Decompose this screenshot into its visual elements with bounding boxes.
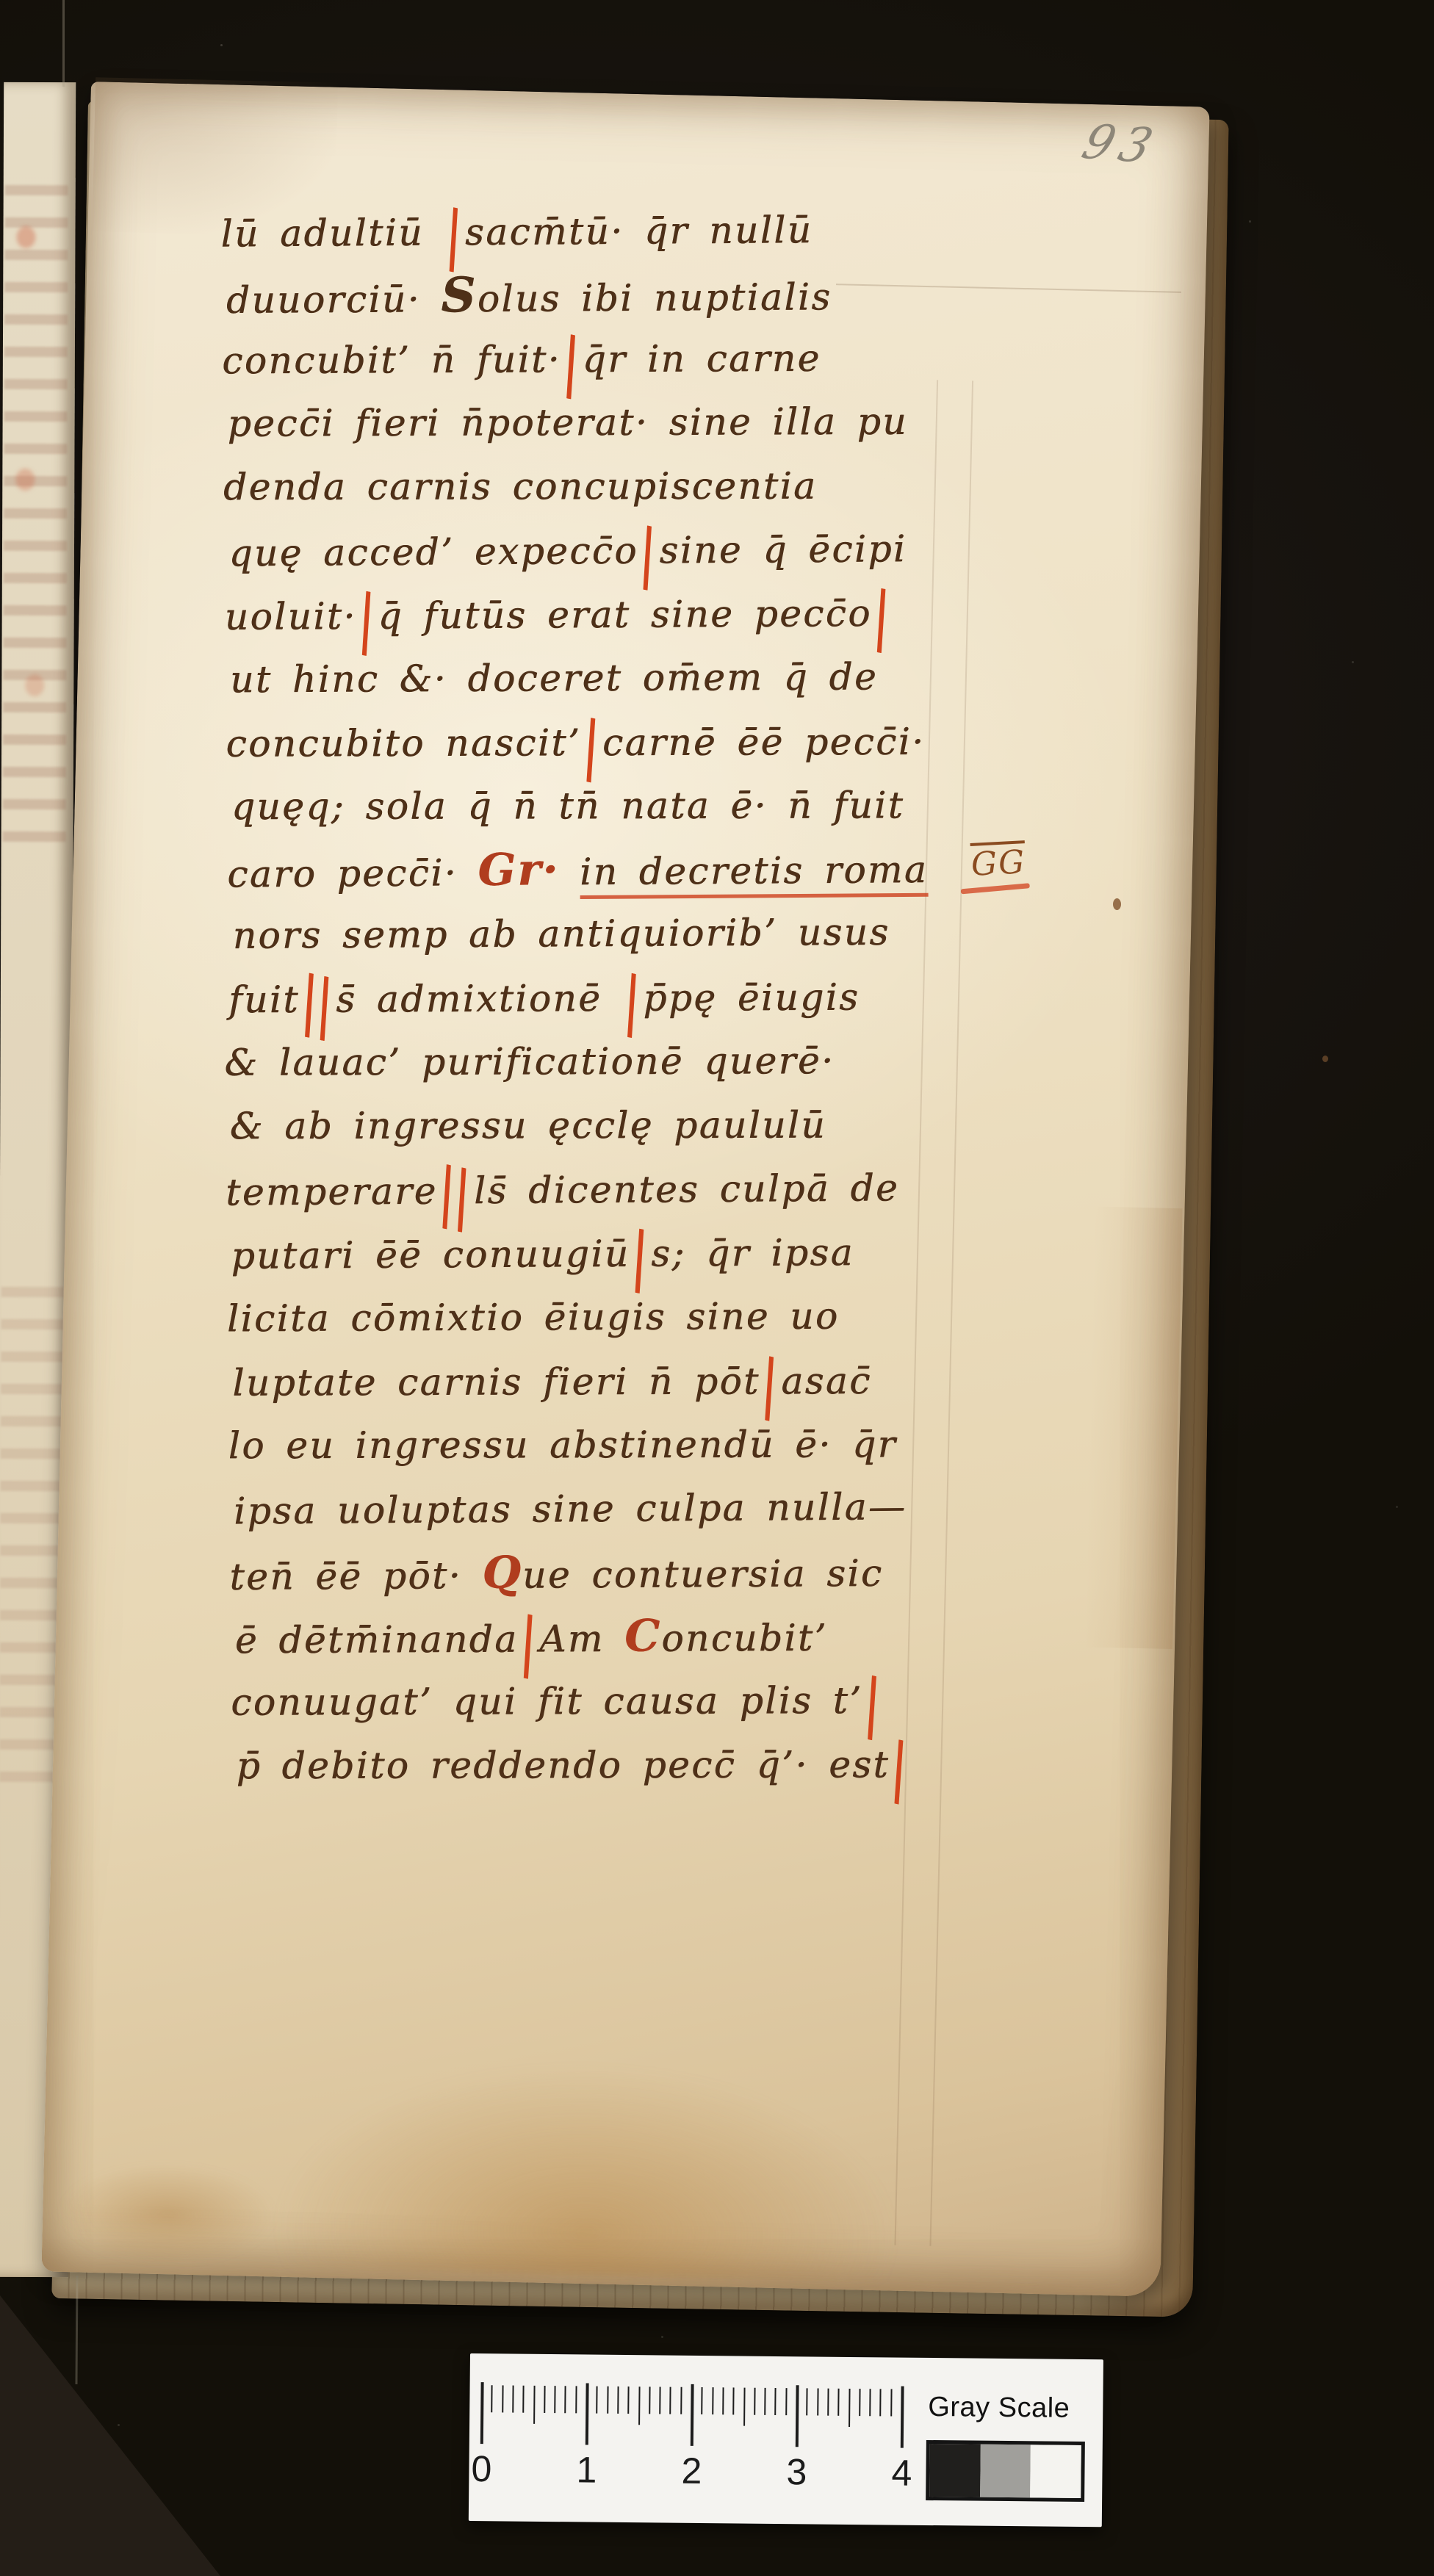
- ruler-major-tick: [691, 2384, 694, 2446]
- manuscript-line: & ab ingressu ęcclę paululū: [230, 1093, 929, 1158]
- ruler-minor-tick: [722, 2387, 724, 2414]
- ruler-number: 1: [570, 2448, 603, 2491]
- ruler-minor-tick: [522, 2386, 524, 2413]
- ruler-minor-tick: [597, 2386, 598, 2414]
- ruler-minor-tick: [617, 2386, 619, 2414]
- manuscript-line: putari ēē conuugiū|s; q̄r ipsa: [231, 1219, 929, 1287]
- text-segment: lū adultiū: [220, 211, 444, 255]
- text-segment: putari ēē conuugiū: [231, 1233, 630, 1277]
- text-segment: denda carnis concupiscentia: [223, 464, 817, 508]
- text-segment: concubito nascit’: [226, 721, 582, 765]
- text-segment: Q: [482, 1547, 522, 1598]
- ruler-minor-tick: [785, 2388, 787, 2415]
- ruler-minor-tick: [649, 2386, 650, 2414]
- text-segment: sine q̄ ēcipi: [659, 527, 907, 571]
- gray-scale-label: Gray Scale: [928, 2392, 1070, 2425]
- manuscript-line: fuit||s̄ admixtionē |p̄pę ēiugis: [228, 964, 929, 1031]
- text-segment: quę acced’ expecc̄o: [228, 529, 638, 574]
- ruler-major-tick: [796, 2385, 799, 2447]
- manuscript-line: conuugat’ qui fit causa plis t’|: [231, 1668, 932, 1734]
- text-segment: luptate carnis fieri n̄ pōt: [232, 1360, 760, 1404]
- manuscript-line: ipsa uoluptas sine culpa nulla—: [234, 1475, 931, 1543]
- manuscript-line: denda carnis concupiscentia: [223, 454, 926, 519]
- text-segment: ten̄ ēē pōt·: [229, 1554, 482, 1598]
- background-shadow-wedge: [0, 2295, 220, 2576]
- manuscript-line: concubit’ n̄ fuit·|q̄r in carne: [222, 325, 926, 392]
- text-segment: ls̄ dicentes culpā de: [474, 1166, 899, 1212]
- text-segment: duuorciū·: [226, 278, 442, 322]
- text-segment: in decretis roma: [580, 848, 928, 899]
- text-block: lū adultiū |sacm̄tū· q̄r nullūduuorciū· …: [220, 198, 932, 1798]
- manuscript-line: caro pecc̄i· Gr· in decretis roma: [227, 836, 928, 904]
- ruler-minor-tick: [837, 2389, 839, 2416]
- ruler-minor-tick: [502, 2385, 503, 2412]
- text-segment: q̄ futūs erat sine pecc̄o: [378, 592, 872, 638]
- manuscript-line: luptate carnis fieri n̄ pōt|asac̄: [232, 1349, 930, 1415]
- manuscript-line: pecc̄i fieri n̄poterat· sine illa pu: [228, 390, 926, 456]
- manuscript-line: p̄ debito reddendo pecc̄ q̄’· est|: [237, 1732, 932, 1797]
- ruler-minor-tick: [512, 2386, 514, 2413]
- margin-annotation: GG: [970, 843, 1027, 884]
- text-segment: oncubit’: [661, 1617, 828, 1660]
- ruler-minor-tick: [890, 2389, 892, 2416]
- ruler-minor-tick: [680, 2387, 682, 2414]
- ruler-minor-tick: [827, 2389, 829, 2416]
- ruler-major-tick: [480, 2382, 484, 2444]
- ink-fleck: [1322, 1056, 1328, 1062]
- ruler-number: 2: [675, 2450, 708, 2492]
- photo-background: lū adultiū |sacm̄tū· q̄r nullūduuorciū· …: [0, 0, 1434, 2576]
- ruler-minor-tick: [775, 2388, 777, 2415]
- plastic-strip-edge-bottom: [75, 2276, 78, 2384]
- text-segment: temperare: [226, 1169, 438, 1213]
- text-segment: & ab ingressu ęcclę paululū: [230, 1103, 826, 1147]
- manuscript-page: lū adultiū |sacm̄tū· q̄r nullūduuorciū· …: [41, 82, 1209, 2297]
- text-segment: ipsa uoluptas sine culpa nulla—: [234, 1485, 907, 1532]
- text-segment: asac̄: [781, 1360, 871, 1402]
- text-segment: pecc̄i fieri n̄poterat· sine illa pu: [228, 400, 908, 445]
- manuscript-line: & lauac’ purificationē querē·: [224, 1029, 929, 1095]
- ruler-minor-tick: [880, 2389, 882, 2416]
- text-segment: p̄pę ēiugis: [643, 975, 860, 1019]
- ruler-minor-tick: [575, 2386, 577, 2413]
- text-segment: & lauac’ purificationē querē·: [224, 1039, 835, 1084]
- text-segment: ut hinc &· doceret om̄em q̄ de: [230, 655, 878, 701]
- text-segment: s̄ admixtionē: [336, 977, 622, 1021]
- text-segment: caro pecc̄i·: [227, 851, 478, 895]
- manuscript-line: nors semp ab antiquiorib’ usus: [233, 900, 929, 967]
- gray-scale-patch: [929, 2444, 980, 2497]
- ruler-number: 4: [885, 2451, 918, 2494]
- text-segment: licita cōmixtio ēiugis sine uo: [227, 1294, 840, 1340]
- text-segment: fuit: [228, 978, 300, 1021]
- text-segment: carnē ēē pecc̄i·: [602, 721, 926, 764]
- ruler-minor-tick: [627, 2386, 629, 2414]
- ruling-line-vertical: [929, 380, 973, 2245]
- manuscript-line: quęq; sola q̄ n̄ tn̄ nata ē· n̄ fuit: [231, 773, 928, 839]
- plastic-strip-edge-top: [62, 0, 65, 87]
- ruler-minor-tick: [533, 2386, 535, 2424]
- ruler-minor-tick: [817, 2389, 818, 2416]
- ruler-minor-tick: [732, 2387, 734, 2414]
- text-segment: p̄ debito reddendo pecc̄ q̄’· est: [237, 1743, 890, 1787]
- manuscript-line: ten̄ ēē pōt· Que contuersia sic: [229, 1539, 931, 1606]
- manuscript-line: uoluit·|q̄ futūs erat sine pecc̄o|: [225, 580, 927, 648]
- ruler-minor-tick: [544, 2386, 545, 2413]
- ruler-minor-tick: [702, 2387, 703, 2414]
- ghost-text-block-upper: [3, 185, 68, 846]
- ruler-minor-tick: [869, 2389, 871, 2416]
- text-segment: s; q̄r ipsa: [651, 1231, 854, 1275]
- parchment-stain: [270, 2054, 906, 2281]
- ruler-minor-tick: [754, 2388, 755, 2415]
- text-segment: Gr·: [478, 844, 560, 896]
- ruler-minor-tick: [743, 2388, 745, 2426]
- manuscript-line: licita cōmixtio ēiugis sine uo: [227, 1284, 930, 1351]
- ruler-minor-tick: [659, 2386, 660, 2414]
- ruler-minor-tick: [491, 2385, 493, 2412]
- ruler-minor-tick: [712, 2387, 713, 2414]
- text-segment: concubit’ n̄ fuit·: [222, 338, 561, 382]
- ruler-minor-tick: [607, 2386, 608, 2414]
- ruler-minor-tick: [859, 2389, 860, 2416]
- text-segment: lo eu ingressu abstinendū ē· q̄r: [228, 1423, 897, 1467]
- text-segment: uoluit·: [225, 595, 357, 638]
- text-segment: ue contuersia sic: [522, 1552, 884, 1597]
- text-segment: sacm̄tū· q̄r nullū: [465, 209, 813, 253]
- ruler-major-tick: [901, 2386, 904, 2448]
- manuscript-line: temperare||ls̄ dicentes culpā de: [226, 1155, 929, 1224]
- text-segment: S: [441, 267, 478, 323]
- gray-scale-patches: [926, 2440, 1085, 2502]
- gray-scale-patch: [980, 2445, 1031, 2498]
- parchment-stain: [1084, 1206, 1183, 1649]
- manuscript-line: lo eu ingressu abstinendū ē· q̄r: [228, 1413, 931, 1478]
- ruler-minor-tick: [807, 2388, 808, 2415]
- ruler-minor-tick: [638, 2386, 640, 2425]
- text-segment: C: [624, 1611, 662, 1662]
- ruler-number: 3: [780, 2450, 813, 2493]
- ruler-number: 0: [465, 2447, 498, 2490]
- text-segment: conuugat’ qui fit causa plis t’: [231, 1679, 863, 1724]
- ink-fleck: [1113, 898, 1121, 910]
- ghost-rubric-spots: [16, 226, 35, 248]
- text-segment: olus ibi nuptialis: [478, 275, 832, 320]
- manuscript-line: lū adultiū |sacm̄tū· q̄r nullū: [220, 197, 925, 266]
- ruler-minor-tick: [670, 2387, 671, 2414]
- text-segment: [560, 851, 580, 893]
- ruler-minor-tick: [565, 2386, 566, 2413]
- ruler-minor-tick: [848, 2389, 850, 2427]
- gray-scale-patch: [1030, 2445, 1081, 2498]
- text-segment: Am: [539, 1617, 624, 1661]
- ruler-minor-tick: [764, 2388, 765, 2415]
- text-segment: q̄r in carne: [583, 337, 821, 380]
- ruler-ticks: 01234: [470, 2353, 1103, 2359]
- text-segment: quęq; sola q̄ n̄ tn̄ nata ē· n̄ fuit: [231, 784, 904, 828]
- margin-annotation-text: GG: [970, 843, 1027, 884]
- ruler-minor-tick: [554, 2386, 555, 2413]
- ruler: 01234 Gray Scale: [469, 2353, 1103, 2527]
- ruler-major-tick: [586, 2384, 589, 2445]
- dust-specks: [220, 44, 223, 46]
- parchment-stain: [57, 2160, 279, 2268]
- manuscript-line: quę acced’ expecc̄o|sine q̄ ēcipi: [228, 516, 926, 585]
- text-segment: ē dētm̄inanda: [235, 1617, 519, 1662]
- manuscript-line: concubito nascit’|carnē ēē pecc̄i·: [226, 710, 927, 776]
- manuscript-line: ē dētm̄inanda|Am Concubit’: [235, 1603, 932, 1670]
- manuscript-line: ut hinc &· doceret om̄em q̄ de: [230, 645, 927, 712]
